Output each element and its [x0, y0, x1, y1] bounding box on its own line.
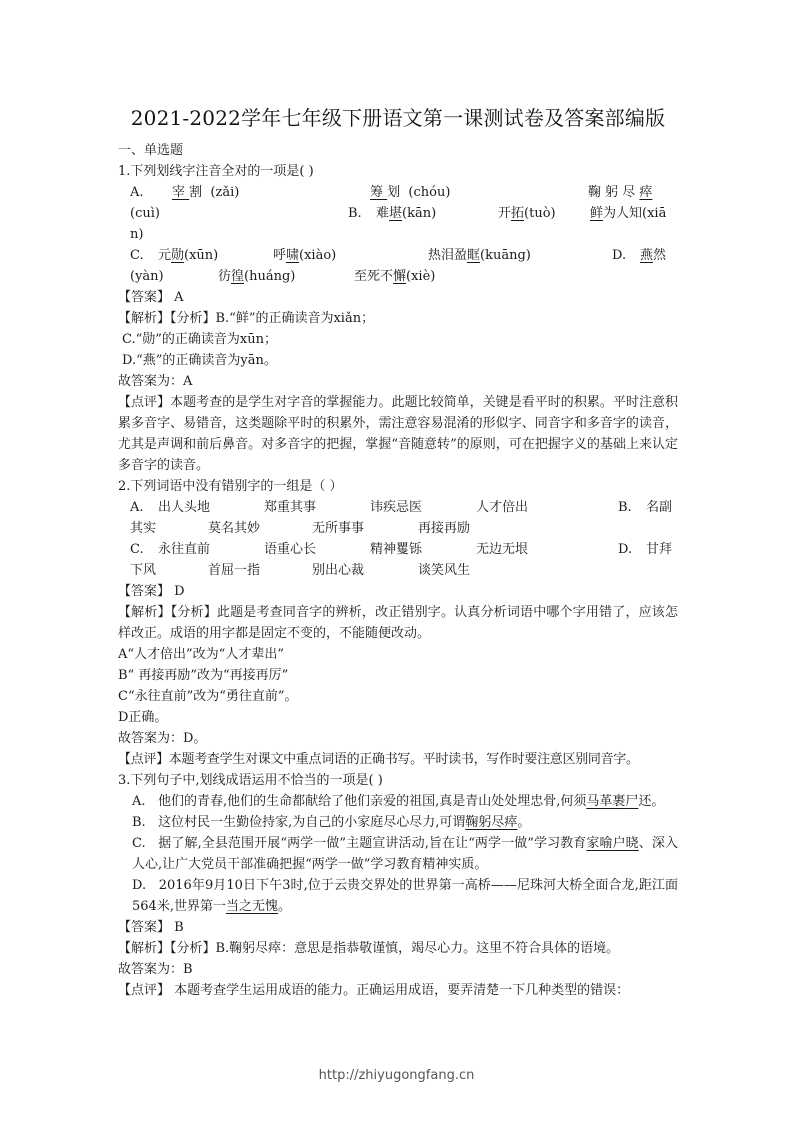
- question-1-stem: 1.下列划线字注音全对的一项是( ): [118, 161, 678, 182]
- question-1-options-row-2: (cuì) B. 难堪(kān) 开拓(tuò) 鲜为人知(xiā: [118, 203, 678, 224]
- option-b-item-3-pinyin-cont: n): [130, 224, 143, 245]
- question-3-final-answer: 故答案为：B: [118, 959, 678, 980]
- question-2-analysis-3: B“ 再接再励”改为“再接再厉”: [118, 665, 678, 686]
- question-1-analysis-1: 【解析】【分析】B.“鲜”的正确读音为xiǎn；: [118, 308, 678, 329]
- option-c-label: C.: [130, 245, 144, 266]
- option-b-label: B.: [132, 815, 146, 830]
- question-2-final-answer: 故答案为：D。: [118, 728, 678, 749]
- question-1-analysis-2: C.“勋”的正确读音为xūn；: [118, 329, 678, 350]
- option-c-item-2: 呼啸(xiào): [273, 245, 336, 266]
- option-b-word-3: 无所事事: [312, 518, 364, 539]
- question-3-analysis-1: 【解析】【分析】B.鞠躬尽瘁：意思是指恭敬谨慎，竭尽心力。这里不符合具体的语境。: [118, 938, 678, 959]
- option-d-word-1-part: 甘拜: [646, 539, 672, 560]
- question-1-analysis-3: D.“燕”的正确读音为yān。: [118, 350, 678, 371]
- option-d-word-4: 谈笑风生: [418, 560, 470, 581]
- option-b-label: B.: [618, 497, 632, 518]
- question-2-options-row-4: 下风 首屈一指 别出心裁 谈笑风生: [118, 560, 678, 581]
- option-b-word-2: 莫名其妙: [208, 518, 260, 539]
- question-2-answer: 【答案】 D: [118, 581, 678, 602]
- option-a-item-3: 鞠 躬 尽 瘁: [588, 182, 652, 203]
- option-c-word-1: 永往直前: [158, 539, 210, 560]
- question-3-option-c: C. 据了解,全县范围开展“两学一做”主题宣讲活动,旨在让“两学一做”学习教育家…: [118, 833, 678, 875]
- question-2-analysis-2: A“人才倍出”改为“人才辈出”: [118, 644, 678, 665]
- option-d-label: D.: [612, 245, 626, 266]
- option-a-label: A.: [130, 497, 144, 518]
- option-c-item-3: 热泪盈眶(kuāng): [428, 245, 531, 266]
- option-b-label: B.: [348, 203, 362, 224]
- option-d-item-1: 燕然: [640, 245, 666, 266]
- question-1-options-row-4: C. 元勋(xūn) 呼啸(xiào) 热泪盈眶(kuāng) D. 燕然: [118, 245, 678, 266]
- question-3-answer: 【答案】 B: [118, 917, 678, 938]
- option-d-word-2: 首屈一指: [208, 560, 260, 581]
- option-a-label: A.: [132, 794, 146, 809]
- option-c-word-2: 语重心长: [264, 539, 316, 560]
- question-2-comment: 【点评】本题考查学生对课文中重点词语的正确书写。平时读书，写作时要注意区别同音字…: [118, 749, 678, 770]
- footer-url[interactable]: http://zhiyugongfang.cn: [0, 1068, 793, 1083]
- question-2-options-row-2: 其实 莫名其妙 无所事事 再接再励: [118, 518, 678, 539]
- question-2-options-row-1: A. 出人头地 郑重其事 讳疾忌医 人才倍出 B. 名副: [118, 497, 678, 518]
- option-d-item-1-pinyin: (yàn): [130, 266, 164, 287]
- option-d-word-3: 别出心裁: [312, 560, 364, 581]
- question-1-answer: 【答案】 A: [118, 287, 678, 308]
- question-2-options-row-3: C. 永往直前 语重心长 精神矍铄 无边无垠 D. 甘拜: [118, 539, 678, 560]
- option-a-item-3-pinyin: (cuì): [130, 203, 160, 224]
- option-d-label: D.: [618, 539, 632, 560]
- question-2-analysis-5: D正确。: [118, 707, 678, 728]
- option-a-word-4: 人才倍出: [476, 497, 528, 518]
- option-c-label: C.: [130, 539, 144, 560]
- option-d-item-3: 至死不懈(xiè): [354, 266, 435, 287]
- option-b-item-3: 鲜为人知(xiā: [590, 203, 666, 224]
- option-b-item-2: 开拓(tuò): [498, 203, 556, 224]
- option-d-word-1-cont: 下风: [130, 560, 156, 581]
- question-3-option-b: B. 这位村民一生勤俭持家,为自己的小家庭尽心尽力,可谓鞠躬尽瘁。: [118, 812, 678, 833]
- section-heading: 一、单选题: [118, 140, 678, 161]
- question-2-analysis-4: C“永往直前”改为“勇往直前”。: [118, 686, 678, 707]
- option-b-word-1-cont: 其实: [130, 518, 156, 539]
- question-2-stem: 2.下列词语中没有错别字的一组是（ ）: [118, 476, 678, 497]
- option-b-word-1-part: 名副: [646, 497, 672, 518]
- option-a-word-2: 郑重其事: [264, 497, 316, 518]
- option-d-item-2: 彷徨(huáng): [218, 266, 295, 287]
- question-1-options-row-1: A. 宰 割 (zǎi) 筹 划 (chóu) 鞠 躬 尽 瘁: [118, 182, 678, 203]
- question-3-option-a: A. 他们的青春,他们的生命都献给了他们亲爱的祖国,真是青山处处埋忠骨,何须马革…: [118, 791, 678, 812]
- option-a-label: A.: [130, 182, 144, 203]
- option-a-item-2: 筹 划 (chóu): [370, 182, 450, 203]
- question-3-option-d: D. 2016年9月10日下午3时,位于云贵交界处的世界第一高桥——尼珠河大桥全…: [118, 875, 678, 917]
- question-3-stem: 3.下列句子中,划线成语运用不恰当的一项是( ): [118, 770, 678, 791]
- document-title: 2021-2022学年七年级下册语文第一课测试卷及答案部编版: [118, 104, 678, 132]
- option-b-word-4: 再接再励: [418, 518, 470, 539]
- option-c-label: C.: [132, 836, 146, 851]
- option-c-item-1: 元勋(xūn): [158, 245, 218, 266]
- document-body: 一、单选题 1.下列划线字注音全对的一项是( ) A. 宰 割 (zǎi) 筹 …: [118, 140, 678, 1001]
- option-a-word-3: 讳疾忌医: [370, 497, 422, 518]
- question-2-analysis-1: 【解析】【分析】此题是考查同音字的辨析，改正错别字。认真分析词语中哪个字用错了，…: [118, 602, 678, 644]
- document-page: 2021-2022学年七年级下册语文第一课测试卷及答案部编版 一、单选题 1.下…: [0, 0, 793, 1122]
- option-c-word-3: 精神矍铄: [370, 539, 422, 560]
- question-1-final-answer: 故答案为：A: [118, 371, 678, 392]
- question-1-comment: 【点评】本题考查的是学生对字音的掌握能力。此题比较简单，关键是看平时的积累。平时…: [118, 392, 678, 476]
- option-a-item-1: 宰 割 (zǎi): [172, 182, 239, 203]
- question-3-comment: 【点评】 本题考查学生运用成语的能力。正确运用成语，要弄清楚一下几种类型的错误：: [118, 980, 678, 1001]
- option-a-word-1: 出人头地: [158, 497, 210, 518]
- option-b-item-1: 难堪(kān): [376, 203, 436, 224]
- question-1-options-row-5: (yàn) 彷徨(huáng) 至死不懈(xiè): [118, 266, 678, 287]
- option-d-label: D.: [132, 878, 146, 893]
- option-c-word-4: 无边无垠: [476, 539, 528, 560]
- question-1-options-row-3: n): [118, 224, 678, 245]
